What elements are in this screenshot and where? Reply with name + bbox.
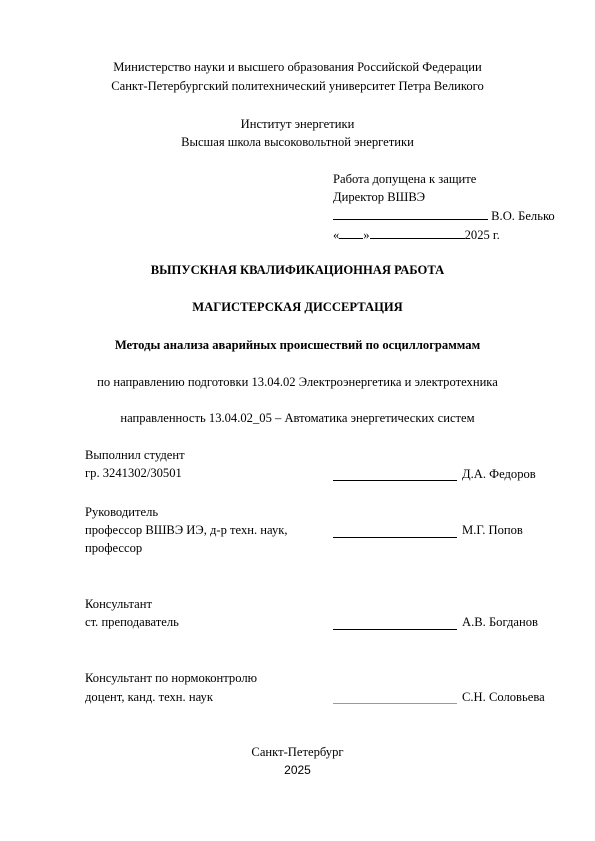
footer-city: Санкт-Петербург [0, 745, 595, 760]
director-name: В.О. Белько [491, 209, 555, 223]
normcontrol-role: Консультант по нормоконтролю [85, 671, 257, 686]
director-signature-blank [333, 208, 488, 220]
supervisor-title: профессор [85, 541, 142, 556]
approval-year: 2025 г. [465, 228, 500, 242]
normcontrol-position: доцент, канд. техн. наук [85, 690, 213, 705]
consultant-role: Консультант [85, 597, 152, 612]
study-profile: направленность 13.04.02_05 – Автоматика … [0, 411, 595, 426]
supervisor-position: профессор ВШВЭ ИЭ, д-р техн. наук, [85, 523, 288, 538]
day-blank [339, 227, 363, 239]
consultant-position: ст. преподаватель [85, 615, 179, 630]
approval-line-1: Работа допущена к защите [333, 172, 476, 187]
normcontrol-signature-line [333, 703, 457, 704]
degree-title: МАГИСТЕРСКАЯ ДИССЕРТАЦИЯ [0, 300, 595, 315]
work-type-title: ВЫПУСКНАЯ КВАЛИФИКАЦИОННАЯ РАБОТА [0, 263, 595, 278]
study-direction: по направлению подготовки 13.04.02 Элект… [0, 375, 595, 390]
student-name: Д.А. Федоров [462, 467, 536, 482]
director-signature-row: В.О. Белько [333, 208, 555, 224]
student-group: гр. 3241302/30501 [85, 466, 182, 481]
supervisor-signature-line [333, 537, 457, 538]
consultant-name: А.В. Богданов [462, 615, 538, 630]
approval-date-row: «»2025 г. [333, 227, 500, 243]
supervisor-name: М.Г. Попов [462, 523, 523, 538]
ministry-name: Министерство науки и высшего образования… [0, 60, 595, 75]
supervisor-role: Руководитель [85, 505, 158, 520]
student-role: Выполнил студент [85, 448, 185, 463]
university-name: Санкт-Петербургский политехнический унив… [0, 79, 595, 94]
institute-name: Институт энергетики [0, 117, 595, 132]
normcontrol-name: С.Н. Соловьева [462, 690, 545, 705]
thesis-topic: Методы анализа аварийных происшествий по… [0, 338, 595, 353]
footer-year: 2025 [0, 763, 595, 777]
school-name: Высшая школа высоковольтной энергетики [0, 135, 595, 150]
month-blank [370, 227, 465, 239]
student-signature-line [333, 480, 457, 481]
consultant-signature-line [333, 629, 457, 630]
approval-line-2: Директор ВШВЭ [333, 190, 425, 205]
